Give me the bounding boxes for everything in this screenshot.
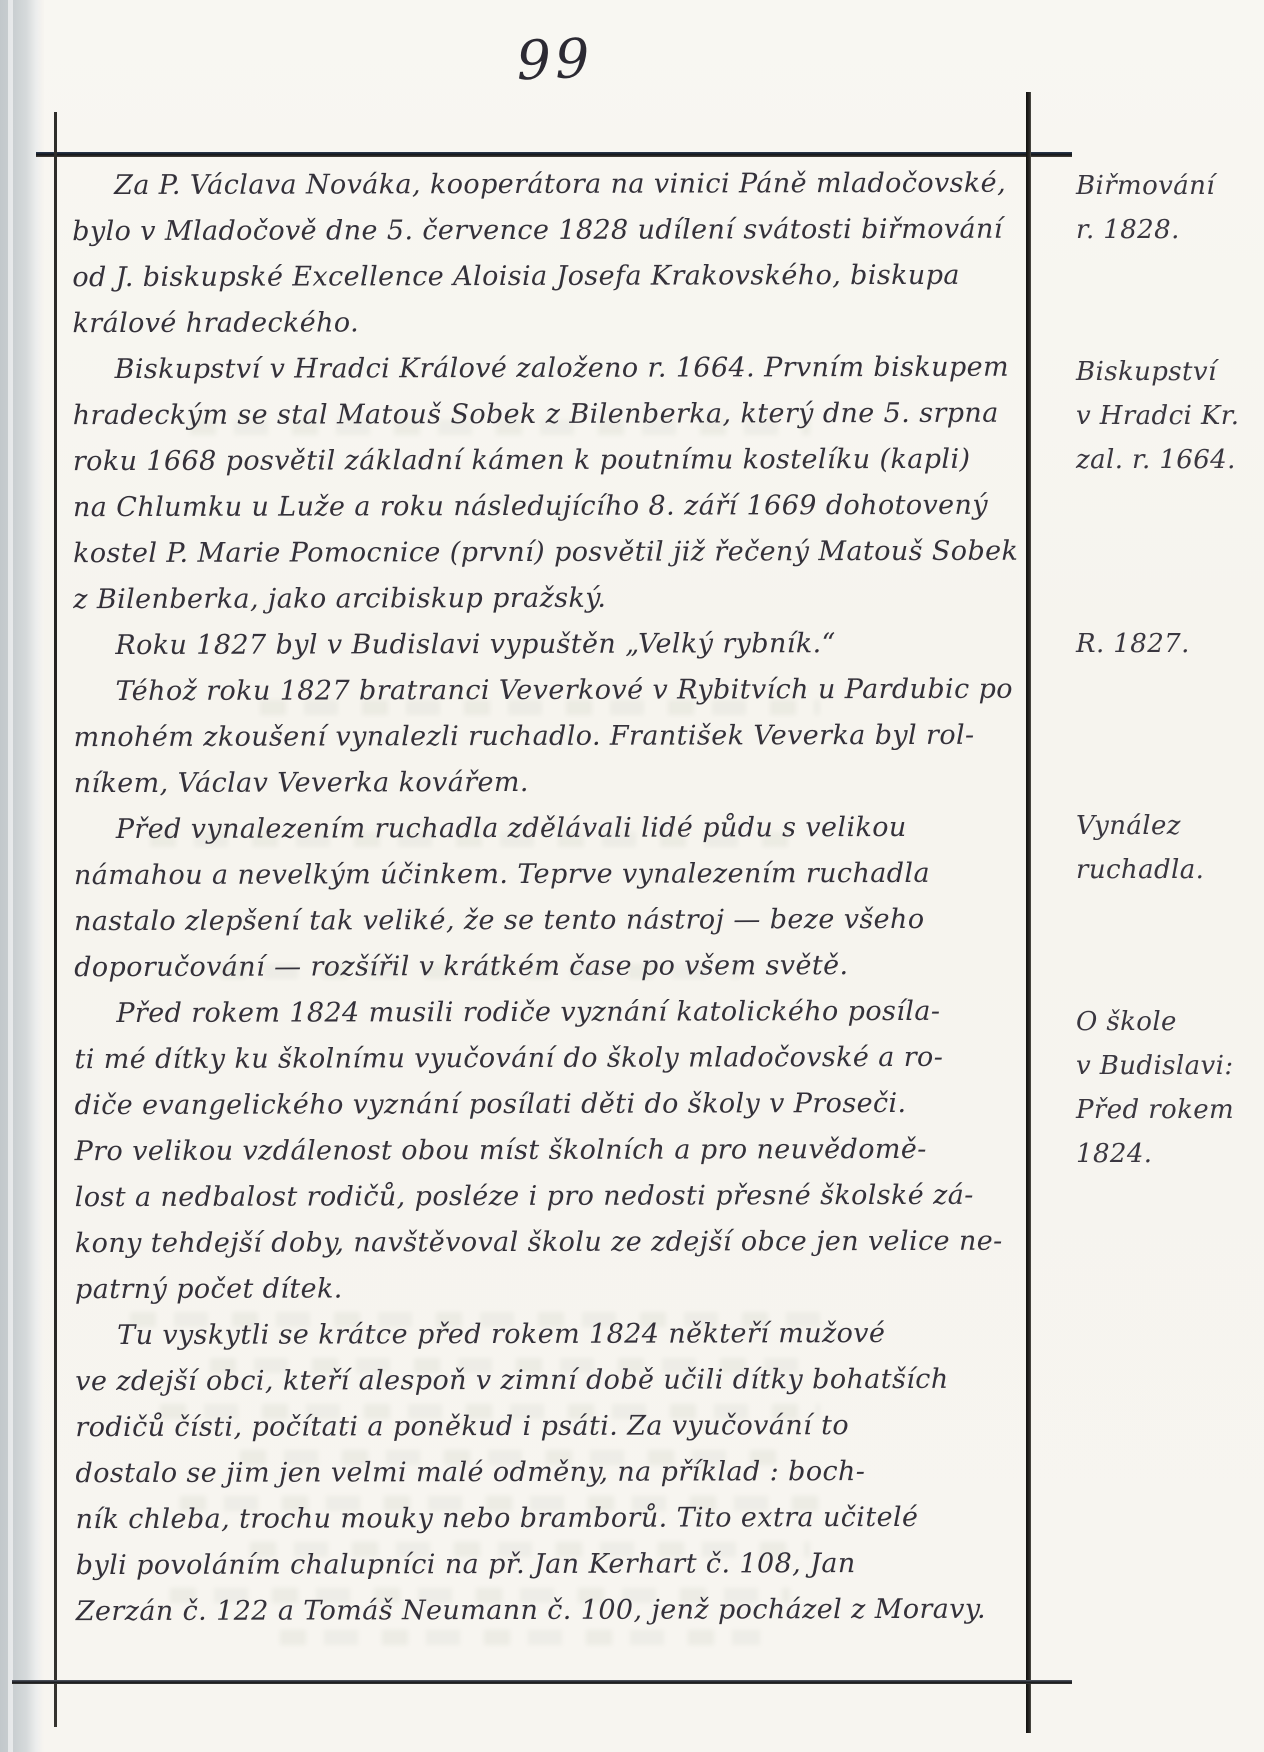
paragraph-village-teachers: Tu vyskytli se krátce před rokem 1824 ně…	[75, 1311, 936, 1635]
text-line: rodičů čísti, počítati a poněkud i psáti…	[75, 1403, 935, 1451]
text-line: lost a nedbalost rodičů, posléze i pro n…	[75, 1173, 935, 1221]
text-line: z Bilenberka, jako arcibiskup pražský.	[73, 575, 933, 623]
text-line: Tu vyskytli se krátce před rokem 1824 ně…	[75, 1311, 935, 1359]
text-line: kostel P. Marie Pomocnice (první) posvět…	[73, 529, 933, 577]
margin-note-school-budislav: O školev Budislavi:Před rokem1824.	[1076, 1000, 1234, 1176]
text-line: O škole	[1076, 1000, 1234, 1044]
page-number: 99	[454, 25, 656, 95]
margin-note-year-1827: R. 1827.	[1076, 622, 1190, 666]
margin-note-bishopric: Biskupstvív Hradci Kr.zal. r. 1664.	[1076, 350, 1239, 482]
paragraph-school-before-1824: Před rokem 1824 musili rodiče vyznání ka…	[74, 989, 935, 1313]
text-line: doporučování — rozšířil v krátkém čase p…	[74, 943, 934, 991]
text-line: Zerzán č. 122 a Tomáš Neumann č. 100, je…	[76, 1587, 936, 1635]
text-line: nastalo zlepšení tak veliké, že se tento…	[74, 897, 934, 945]
text-line: zal. r. 1664.	[1076, 438, 1239, 482]
text-line: Biřmování	[1076, 164, 1215, 208]
paragraph-confirmation-1828: Za P. Václava Nováka, kooperátora na vin…	[72, 161, 932, 347]
text-line: byli povoláním chalupníci na př. Jan Ker…	[76, 1541, 936, 1589]
text-line: Téhož roku 1827 bratranci Veverkové v Ry…	[73, 667, 933, 715]
text-line: Biskupství v Hradci Králové založeno r. …	[73, 345, 933, 393]
margin-note-plough-invention: Vynálezruchadla.	[1076, 804, 1204, 892]
paragraph-veverka-plough: Téhož roku 1827 bratranci Veverkové v Ry…	[73, 667, 933, 807]
text-line: dostalo se jim jen velmi malé odměny, na…	[75, 1449, 935, 1497]
text-line: v Hradci Kr.	[1076, 394, 1239, 438]
text-line: roku 1668 posvětil základní kámen k pout…	[73, 437, 933, 485]
bottom-rule	[12, 1680, 1072, 1684]
text-line: Vynález	[1076, 804, 1204, 848]
text-line: Před rokem	[1076, 1088, 1234, 1132]
text-line: Před vynalezením ruchadla zdělávali lidé…	[74, 805, 934, 853]
text-line: níkem, Václav Veverka kovářem.	[74, 759, 934, 807]
text-line: r. 1828.	[1076, 208, 1215, 252]
text-line: od J. biskupské Excellence Aloisia Josef…	[72, 253, 932, 301]
text-line: diče evangelického vyznání posílati děti…	[74, 1081, 934, 1129]
scanner-edge-strip	[0, 0, 44, 1752]
text-line: námahou a nevelkým účinkem. Teprve vynal…	[74, 851, 934, 899]
left-margin-rule	[54, 112, 57, 1727]
scanned-chronicle-page: 99 Za P. Václava Nováka, kooperátora na …	[0, 0, 1264, 1752]
top-rule	[36, 152, 1072, 157]
paragraph-bishopric-hradec: Biskupství v Hradci Králové založeno r. …	[73, 345, 934, 623]
text-line: ti mé dítky ku školnímu vyučování do ško…	[74, 1035, 934, 1083]
margin-note-confirmation: Biřmovánír. 1828.	[1076, 164, 1215, 252]
text-line: mnohém zkoušení vynalezli ruchadlo. Fran…	[74, 713, 934, 761]
text-line: R. 1827.	[1076, 622, 1190, 666]
text-line: ruchadla.	[1076, 848, 1204, 892]
text-line: hradeckým se stal Matouš Sobek z Bilenbe…	[73, 391, 933, 439]
paragraph-plough-impact: Před vynalezením ruchadla zdělávali lidé…	[74, 805, 934, 991]
text-line: kony tehdejší doby, navštěvoval školu ze…	[75, 1219, 935, 1267]
text-line: bylo v Mladočově dne 5. července 1828 ud…	[72, 207, 932, 255]
text-line: Roku 1827 byl v Budislavi vypuštěn „Velk…	[73, 621, 933, 669]
paragraph-pond-1827: Roku 1827 byl v Budislavi vypuštěn „Velk…	[73, 621, 933, 669]
text-line: na Chlumku u Luže a roku následujícího 8…	[73, 483, 933, 531]
text-line: ve zdejší obci, kteří alespoň v zimní do…	[75, 1357, 935, 1405]
text-line: patrný počet dítek.	[75, 1265, 935, 1313]
text-line: 1824.	[1076, 1132, 1234, 1176]
text-line: Před rokem 1824 musili rodiče vyznání ka…	[74, 989, 934, 1037]
text-line: ník chleba, trochu mouky nebo bramborů. …	[76, 1495, 936, 1543]
text-line: Pro velikou vzdálenost obou míst školníc…	[75, 1127, 935, 1175]
text-line: Biskupství	[1076, 350, 1239, 394]
margin-notes-column: Biřmovánír. 1828. Biskupstvív Hradci Kr.…	[1072, 0, 1262, 1752]
column-divider-rule	[1026, 92, 1031, 1733]
main-text-column: Za P. Václava Nováka, kooperátora na vin…	[72, 161, 936, 1635]
text-line: Za P. Václava Nováka, kooperátora na vin…	[72, 161, 932, 209]
text-line: králové hradeckého.	[72, 299, 932, 347]
text-line: v Budislavi:	[1076, 1044, 1234, 1088]
